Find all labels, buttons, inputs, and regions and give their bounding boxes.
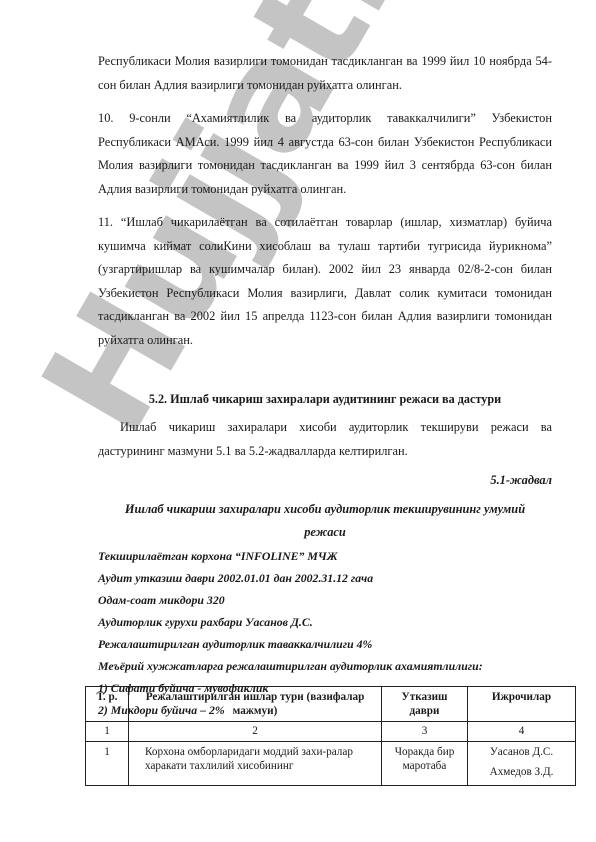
meta-team-lead: Аудиторлик гурухи рахбари Уасанов Д.С. <box>98 612 552 632</box>
meta-materiality: Меъёрий хужжатларга режалаштирилган ауди… <box>98 656 552 676</box>
header-period: Утказиш даври <box>382 687 468 722</box>
paragraph-item-11: 11. “Ишлаб чикарилаётган ва сотилаётган … <box>98 211 552 352</box>
header-task: Режалаштирилган ишлар тури (вазифалар ма… <box>129 687 382 722</box>
table-label: 5.1-жадвал <box>98 468 552 492</box>
column-number: 4 <box>468 722 576 742</box>
column-number: 2 <box>129 722 382 742</box>
paragraph-continuation: Республикаси Молия вазирлиги томонидан т… <box>98 50 552 97</box>
column-number-row: 1 2 3 4 <box>86 722 576 742</box>
header-number: Т. р. <box>86 687 129 722</box>
header-performers: Ижрочилар <box>468 687 576 722</box>
section-title: 5.2. Ишлаб чикариш захиралари аудитининг… <box>98 388 552 411</box>
column-number: 1 <box>86 722 129 742</box>
table-title: Ишлаб чикариш захиралари хисоби аудиторл… <box>106 498 544 544</box>
row-period: Чоракда бир маротаба <box>382 742 468 786</box>
paragraph-item-10: 10. 9-сонли “Ахамиятлилик ва аудиторлик … <box>98 107 552 201</box>
audit-plan-table: Т. р. Режалаштирилган ишлар тури (вазифа… <box>85 686 576 786</box>
column-number: 3 <box>382 722 468 742</box>
row-task: Корхона омборларидаги моддий захи-ралар … <box>129 742 382 786</box>
table-header-row: Т. р. Режалаштирилган ишлар тури (вазифа… <box>86 687 576 722</box>
row-number: 1 <box>86 742 129 786</box>
performer-name: Уасанов Д.С. <box>472 742 571 762</box>
meta-man-hours: Одам-соат микдори 320 <box>98 590 552 610</box>
document-page: Республикаси Молия вазирлиги томонидан т… <box>98 50 552 720</box>
meta-planned-risk: Режалаштирилган аудиторлик таваккалчилиг… <box>98 634 552 654</box>
performer-name: Ахмедов З.Д. <box>472 762 571 782</box>
meta-audited-company: Текширилаётган корхона “INFOLINE” МЧЖ <box>98 546 552 566</box>
section-intro: Ишлаб чикариш захиралари хисоби аудиторл… <box>98 415 552 463</box>
meta-audit-period: Аудит утказиш даври 2002.01.01 дан 2002.… <box>98 568 552 588</box>
table-row: 1 Корхона омборларидаги моддий захи-рала… <box>86 742 576 786</box>
row-performers: Уасанов Д.С. Ахмедов З.Д. <box>468 742 576 786</box>
